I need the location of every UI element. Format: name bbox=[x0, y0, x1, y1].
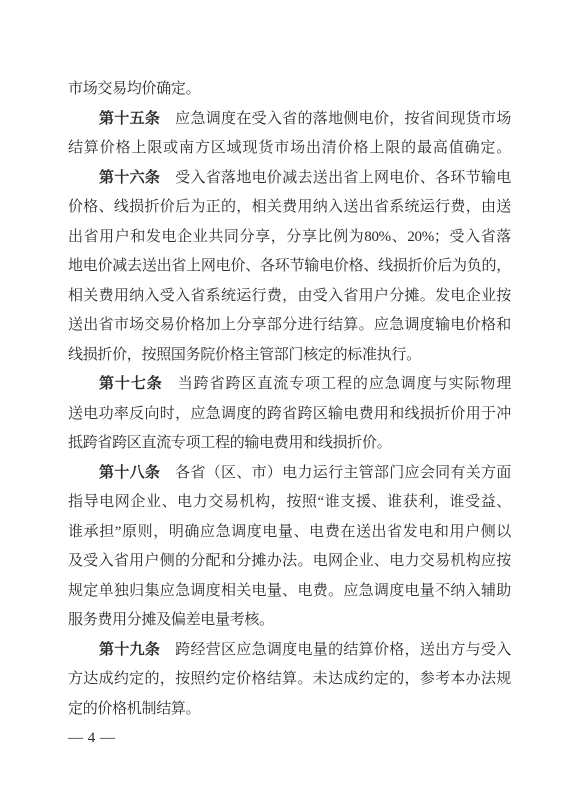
text-line: 规定单独归集应急调度相关电量、电费。应急调度电量不纳入辅助 bbox=[68, 577, 511, 607]
article-16-number: 第十六条 bbox=[99, 170, 160, 186]
article-16-heading-line: 第十六条受入省落地电价减去送出省上网电价、各环节输电 bbox=[68, 164, 511, 194]
document-body: 市场交易均价确定。 第十五条应急调度在受入省的落地侧电价，按省间现货市场 结算价… bbox=[68, 75, 511, 754]
article-19-number: 第十九条 bbox=[99, 642, 160, 658]
text-line: 受入省落地电价减去送出省上网电价、各环节输电 bbox=[175, 170, 511, 186]
text-line: 价格、线损折价后为正的，相关费用纳入送出省系统运行费，由送 bbox=[68, 193, 511, 223]
article-17-heading-line: 第十七条当跨省跨区直流专项工程的应急调度与实际物理 bbox=[68, 370, 511, 400]
document-page: 市场交易均价确定。 第十五条应急调度在受入省的落地侧电价，按省间现货市场 结算价… bbox=[0, 0, 574, 810]
text-line: 送出省市场交易价格加上分享部分进行结算。应急调度输电价格和 bbox=[68, 311, 511, 341]
text-line: 应急调度在受入省的落地侧电价，按省间现货市场 bbox=[175, 111, 511, 127]
text-line: 出省用户和发电企业共同分享，分享比例为80%、20%；受入省落 bbox=[68, 223, 511, 253]
text-line: 抵跨省跨区直流专项工程的输电费用和线损折价。 bbox=[68, 429, 511, 459]
article-18-number: 第十八条 bbox=[99, 465, 160, 481]
article-17-number: 第十七条 bbox=[99, 376, 163, 392]
article-15-number: 第十五条 bbox=[99, 111, 160, 127]
text-line: 地电价减去送出省上网电价、各环节输电价格、线损折价后为负的， bbox=[68, 252, 511, 282]
text-line: 当跨省跨区直流专项工程的应急调度与实际物理 bbox=[178, 376, 511, 392]
text-line: 定的价格机制结算。 bbox=[68, 695, 511, 725]
text-line: 各省（区、市）电力运行主管部门应会同有关方面 bbox=[175, 465, 511, 481]
text-line: 谁承担”原则，明确应急调度电量、电费在送出省发电和用户侧以 bbox=[68, 518, 511, 548]
text-line: 跨经营区应急调度电量的结算价格，送出方与受入 bbox=[175, 642, 511, 658]
text-line: 及受入省用户侧的分配和分摊办法。电网企业、电力交易机构应按 bbox=[68, 547, 511, 577]
text-line: 方达成约定的，按照约定价格结算。未达成约定的，参考本办法规 bbox=[68, 665, 511, 695]
text-line: 线损折价，按照国务院价格主管部门核定的标准执行。 bbox=[68, 341, 511, 371]
text-line: 指导电网企业、电力交易机构，按照“谁支援、谁获利，谁受益、 bbox=[68, 488, 511, 518]
text-line: 服务费用分摊及偏差电量考核。 bbox=[68, 606, 511, 636]
text-line: 市场交易均价确定。 bbox=[68, 75, 511, 105]
text-line: 相关费用纳入受入省系统运行费，由受入省用户分摊。发电企业按 bbox=[68, 282, 511, 312]
page-number: — 4 — bbox=[68, 724, 511, 754]
article-18-heading-line: 第十八条各省（区、市）电力运行主管部门应会同有关方面 bbox=[68, 459, 511, 489]
article-15-heading-line: 第十五条应急调度在受入省的落地侧电价，按省间现货市场 bbox=[68, 105, 511, 135]
text-line: 结算价格上限或南方区域现货市场出清价格上限的最高值确定。 bbox=[68, 134, 511, 164]
text-line: 送电功率反向时，应急调度的跨省跨区输电费用和线损折价用于冲 bbox=[68, 400, 511, 430]
article-19-heading-line: 第十九条跨经营区应急调度电量的结算价格，送出方与受入 bbox=[68, 636, 511, 666]
